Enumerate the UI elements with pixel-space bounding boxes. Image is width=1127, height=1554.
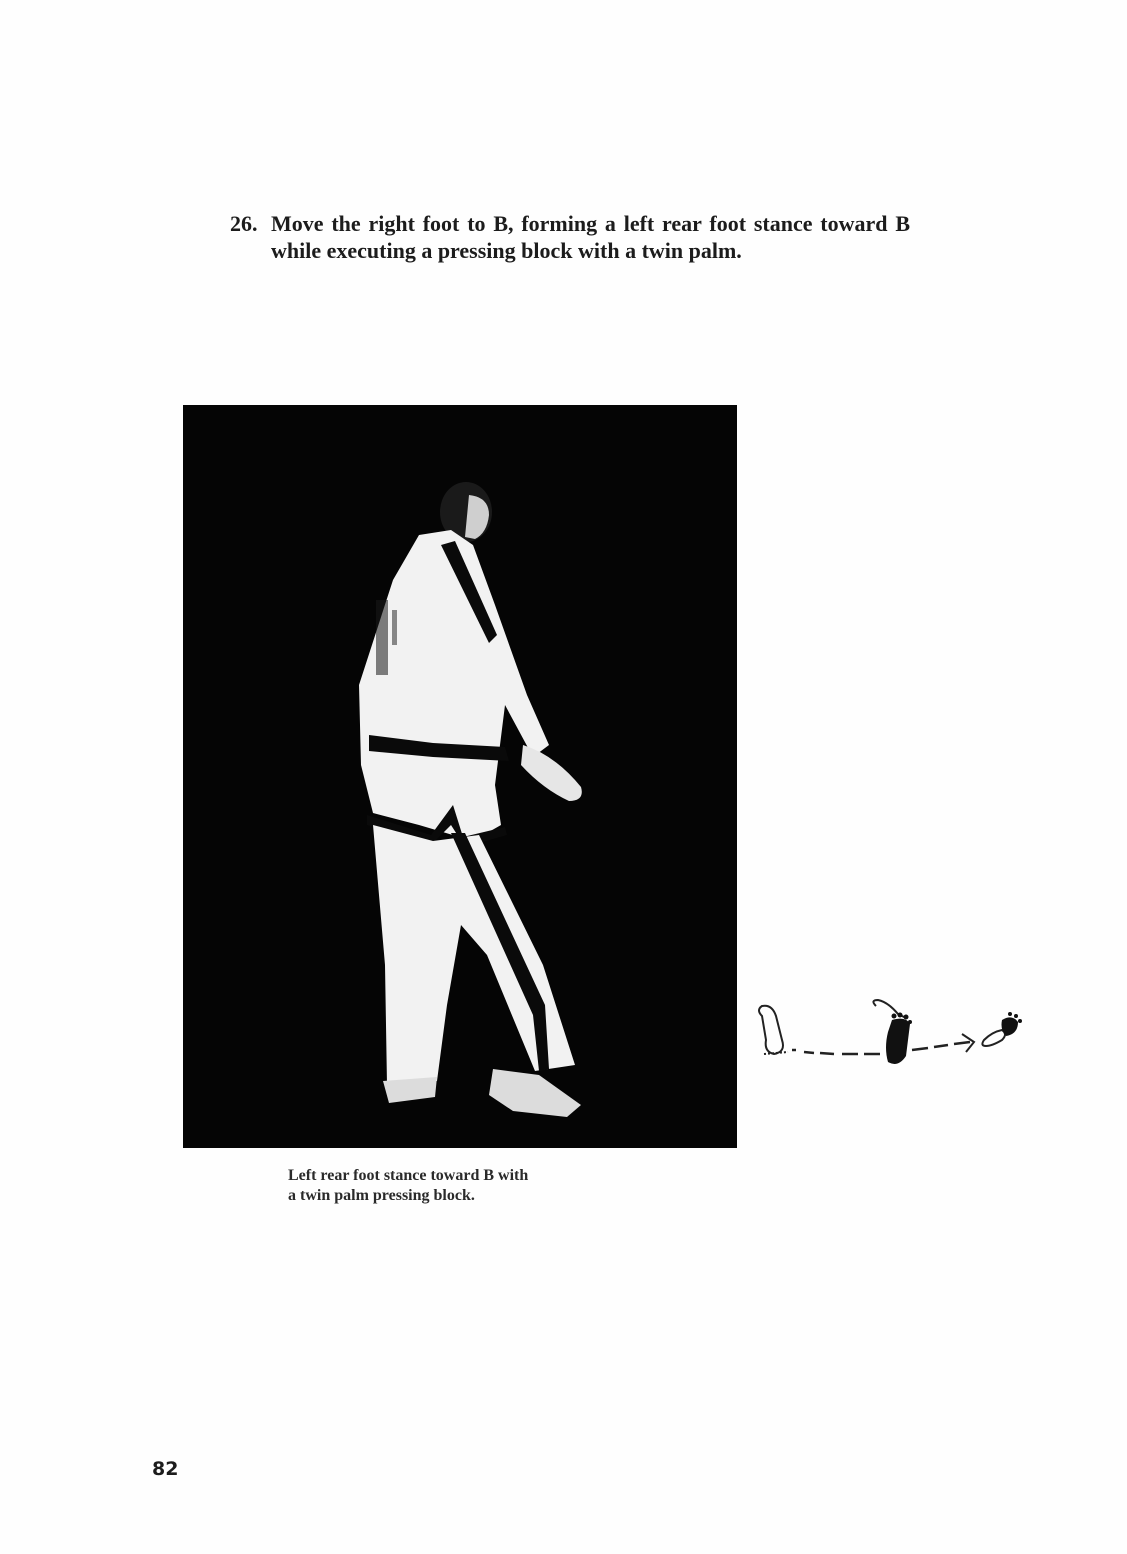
caption-line-1: Left rear foot stance toward B with: [288, 1166, 648, 1186]
arrow-right-icon: [912, 1034, 974, 1052]
step-number: 26.: [230, 210, 258, 237]
stance-photo: [183, 405, 737, 1148]
instruction-step: 26. Move the right foot to B, forming a …: [230, 210, 910, 264]
caption-line-2: a twin palm pressing block.: [288, 1186, 648, 1206]
footstep-path-icon: [748, 996, 1038, 1072]
martial-artist-figure: [183, 405, 737, 1148]
page-number: 82: [152, 1458, 178, 1480]
foot-outline-icon: [759, 1006, 788, 1054]
footstep-diagram: [748, 996, 1038, 1072]
foot-small-icon: [982, 1012, 1022, 1046]
step-text: Move the right foot to B, forming a left…: [271, 210, 910, 264]
photo-caption: Left rear foot stance toward B with a tw…: [288, 1166, 648, 1206]
